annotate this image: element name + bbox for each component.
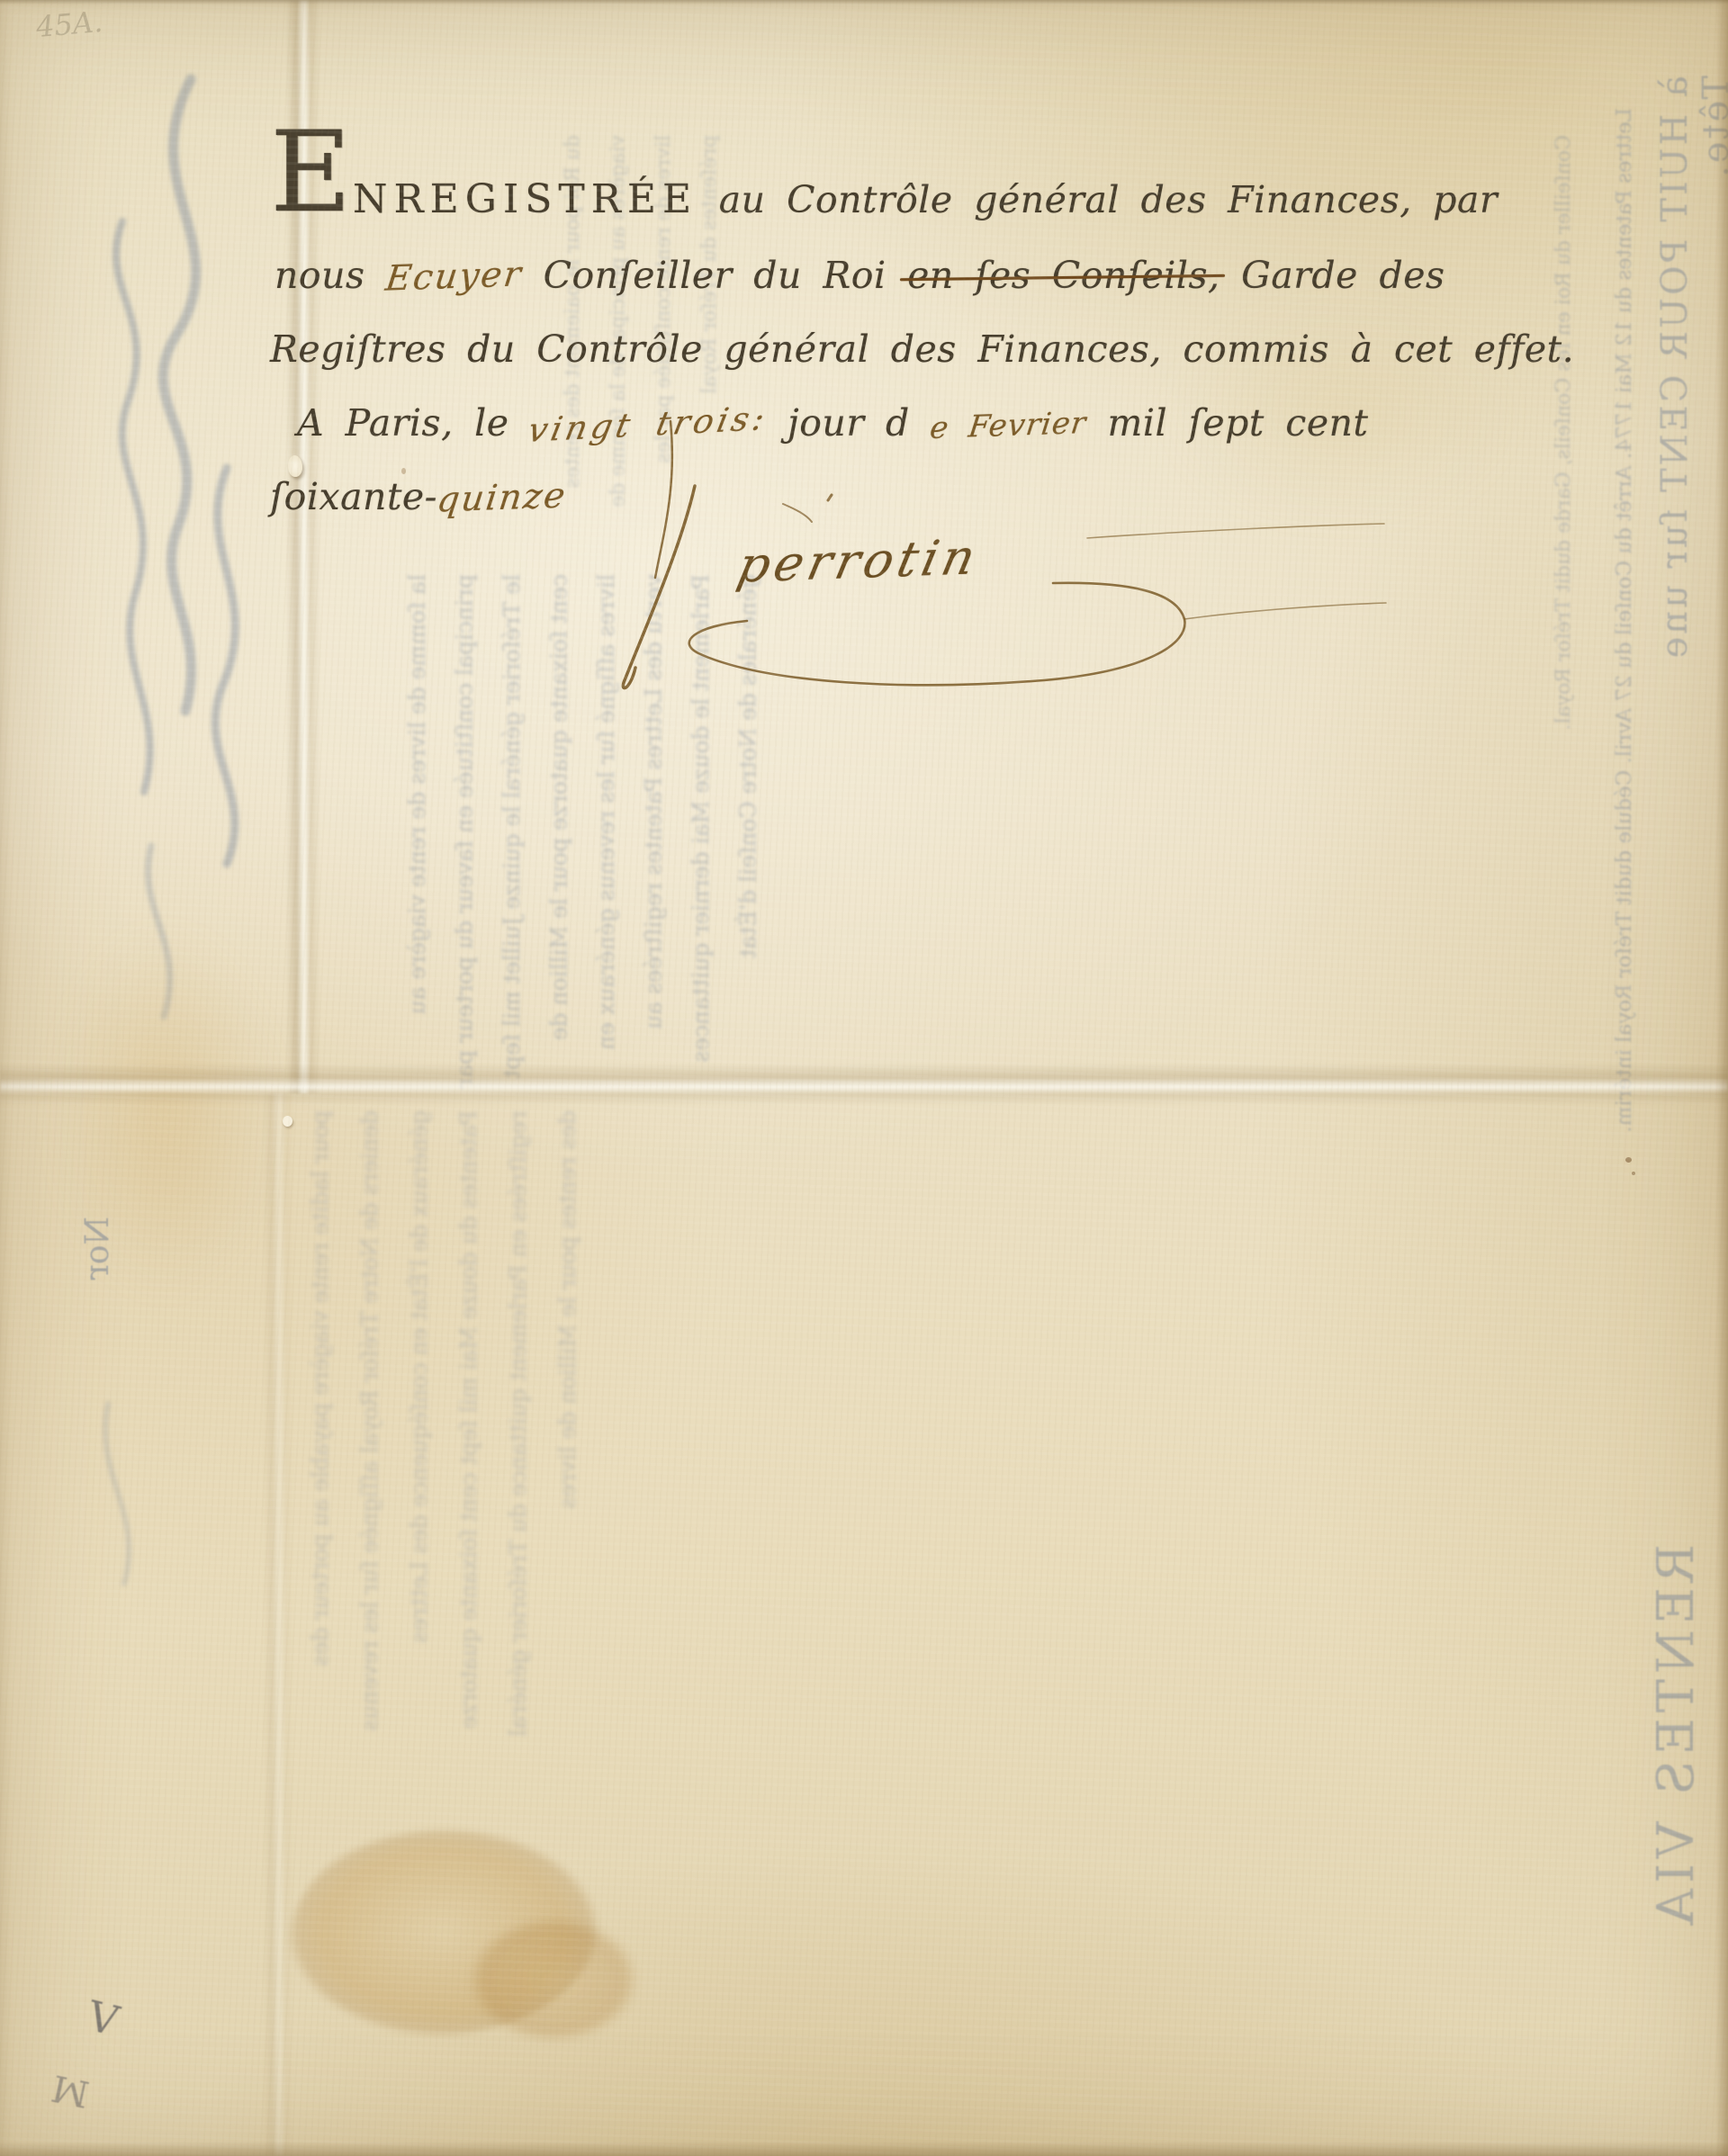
showthrough-title-bottom-right: RENTES VIA <box>1647 1544 1705 2066</box>
handwritten-month: e Fevrier <box>928 405 1088 445</box>
printed-line-3-text: Regiſtres du Contrôle général des Financ… <box>270 328 1574 371</box>
vertical-fold-crease-lower <box>263 1093 293 2156</box>
parchment-pinhole <box>283 1116 292 1127</box>
printed-line-1-rest: au Contrôle général des Finances, par <box>719 178 1498 221</box>
struck-through-en-ses-conseils: en ſes Conſeils, <box>907 254 1219 297</box>
printed-soixante: ſoixante- <box>270 475 437 518</box>
showthrough-subtitle-column: Lettres Patentes du 12 Mai 1774. Arrêt d… <box>1604 108 1660 1170</box>
left-edge-stain <box>43 909 286 1314</box>
showthrough-left-mark: Nor <box>79 1217 116 1361</box>
showthrough-subtitle-column-2: Conſeiller du Roi en ſes Conſeils, Garde… <box>1544 135 1597 963</box>
printed-word-nous: nous <box>274 254 365 297</box>
bottom-left-water-stain <box>286 1827 601 2038</box>
corner-ink-mark-m: M <box>49 2066 94 2115</box>
scan-edge-bottom <box>0 2142 1728 2156</box>
ink-speck <box>1632 1172 1635 1175</box>
pencil-inventory-mark: 45A. <box>34 4 103 44</box>
scan-edge-top <box>0 0 1728 4</box>
printed-line-4: A Paris, le vingt trois: jour d e Fevrie… <box>297 401 1359 445</box>
handwritten-day: vingt trois: <box>525 399 771 450</box>
ink-speck <box>401 468 406 474</box>
printed-line-1: NREGISTRÉE au Contrôle général des Finan… <box>353 176 1361 222</box>
handwritten-year: quinze <box>435 476 569 521</box>
showthrough-text-band-lower: pour ladite rente viagère payable au por… <box>295 1110 1042 1740</box>
printed-mil-sept-cent: mil ſept cent <box>1108 401 1369 445</box>
parchment-document-scan: du Roi pour le paiement des rentes viagè… <box>0 0 1728 2156</box>
printed-jour-d: jour d <box>787 401 910 445</box>
showthrough-text-band-middle: la ſomme de livres de rente viagère au p… <box>394 574 1065 1089</box>
printed-conseiller-du-roi: Conſeiller du Roi <box>544 254 886 297</box>
handwritten-registrar-name: Ecuyer <box>383 254 525 299</box>
printed-a-paris-le: A Paris, le <box>297 401 509 445</box>
bottom-left-water-stain-core <box>468 1917 639 2043</box>
parchment-nick <box>288 455 302 477</box>
printed-line-2: nous Ecuyer Conſeiller du Roi en ſes Con… <box>274 254 1361 297</box>
printed-garde-des: Garde des <box>1241 254 1444 297</box>
printed-line-3: Regiſtres du Contrôle général des Financ… <box>270 328 1361 371</box>
printed-line-5: ſoixante-quinze <box>270 475 828 518</box>
ink-speck <box>1625 1157 1632 1163</box>
corner-ink-mark-v: V <box>83 1991 123 2045</box>
horizontal-fold-crease <box>0 1064 1728 1105</box>
scan-edge-right <box>1715 0 1728 2156</box>
drop-cap-initial: E <box>270 117 352 229</box>
printed-word-enregistree: NREGISTRÉE <box>353 176 697 222</box>
registrar-signature: perrotin <box>733 528 985 593</box>
